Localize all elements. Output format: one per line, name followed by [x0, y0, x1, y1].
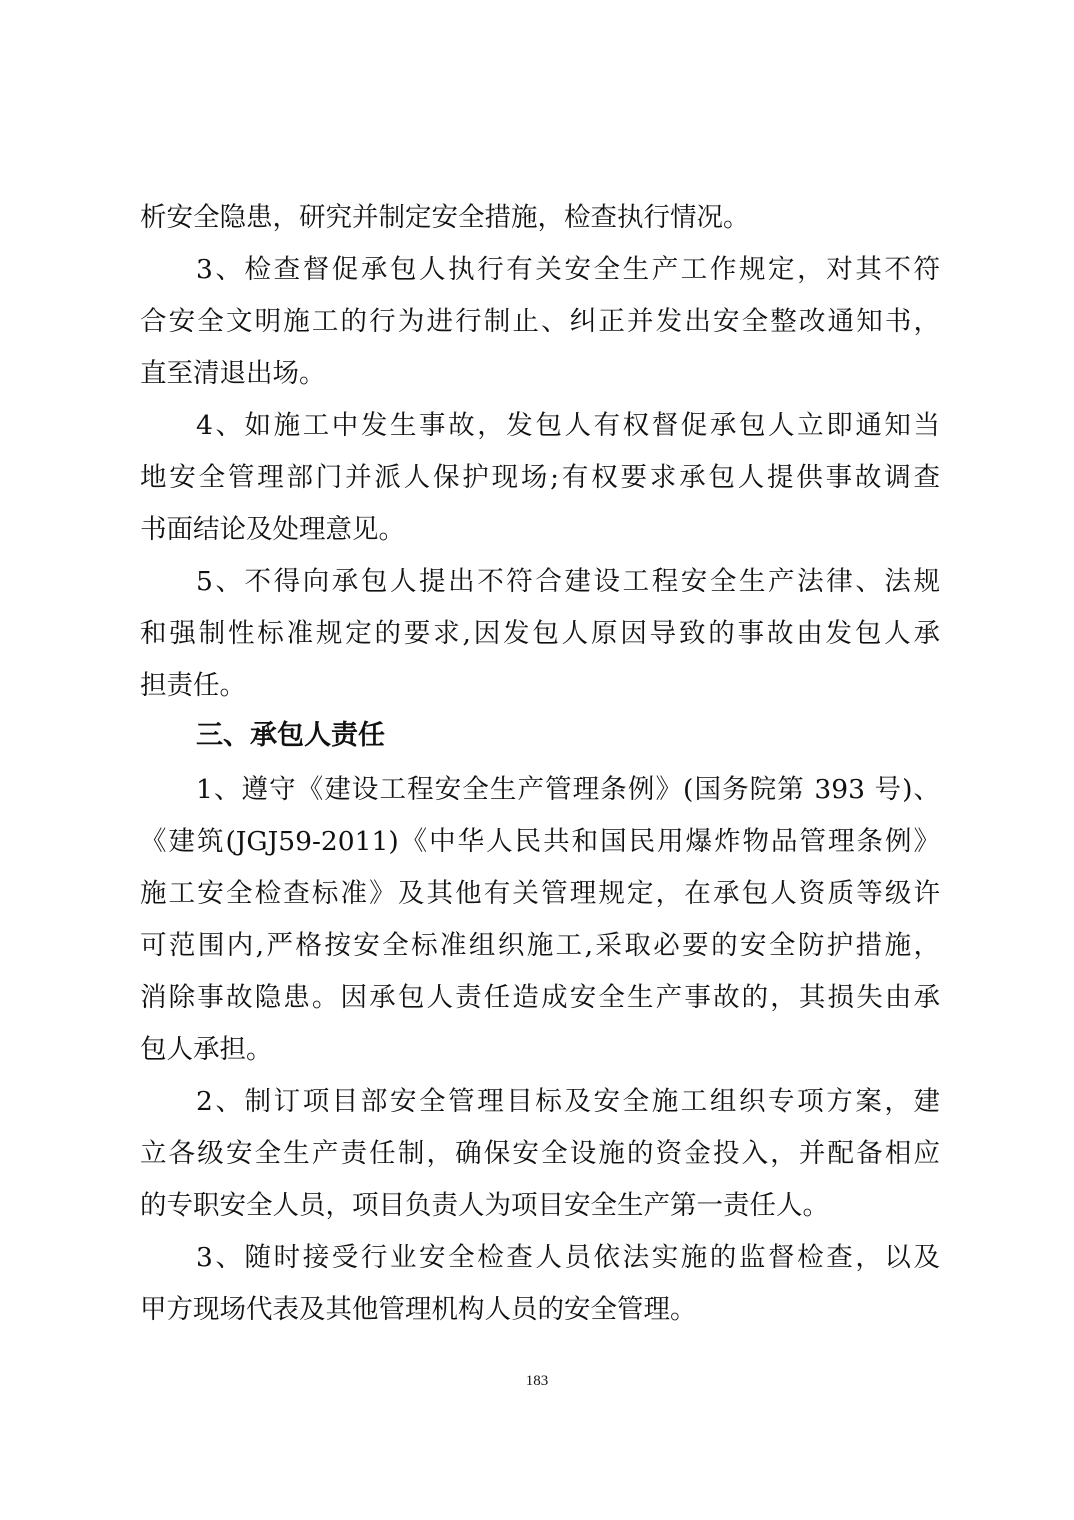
paragraph-line: 3、随时接受行业安全检查人员依法实施的监督检查，以及 — [196, 1242, 940, 1274]
paragraph-line: 立各级安全生产责任制，确保安全设施的资金投入，并配备相应 — [140, 1138, 940, 1170]
page-number: 183 — [0, 1372, 1074, 1390]
paragraph-line: 1、遵守《建设工程安全生产管理条例》(国务院第 393 号)、 — [196, 774, 940, 806]
paragraph-line: 可范围内,严格按安全标准组织施工,采取必要的安全防护措施， — [140, 930, 940, 962]
paragraph-line: 的专职安全人员，项目负责人为项目安全生产第一责任人。 — [140, 1190, 940, 1222]
paragraph-line: 甲方现场代表及其他管理机构人员的安全管理。 — [140, 1294, 940, 1326]
document-page: 析安全隐患，研究并制定安全措施，检查执行情况。 3、检查督促承包人执行有关安全生… — [0, 0, 1074, 1520]
section-heading: 三、承包人责任 — [196, 720, 385, 752]
paragraph-line: 直至清退出场。 — [140, 358, 940, 390]
paragraph-line: 2、制订项目部安全管理目标及安全施工组织专项方案，建 — [196, 1086, 940, 1118]
paragraph-line: 和强制性标准规定的要求,因发包人原因导致的事故由发包人承 — [140, 618, 940, 650]
paragraph-line: 包人承担。 — [140, 1034, 940, 1066]
paragraph-line: 施工安全检查标准》及其他有关管理规定，在承包人资质等级许 — [140, 878, 940, 910]
paragraph-line: 书面结论及处理意见。 — [140, 514, 940, 546]
paragraph-line: 地安全管理部门并派人保护现场;有权要求承包人提供事故调查 — [140, 462, 940, 494]
paragraph-line: 合安全文明施工的行为进行制止、纠正并发出安全整改通知书， — [140, 306, 940, 338]
paragraph-line: 担责任。 — [140, 670, 940, 702]
paragraph-line: 5、不得向承包人提出不符合建设工程安全生产法律、法规 — [196, 566, 940, 598]
paragraph-line: 4、如施工中发生事故，发包人有权督促承包人立即通知当 — [196, 410, 940, 442]
paragraph-line: 消除事故隐患。因承包人责任造成安全生产事故的，其损失由承 — [140, 982, 940, 1014]
paragraph-line: 《建筑(JGJ59-2011)《中华人民共和国民用爆炸物品管理条例》 — [140, 826, 940, 858]
paragraph-line: 3、检查督促承包人执行有关安全生产工作规定，对其不符 — [196, 254, 940, 286]
paragraph-line: 析安全隐患，研究并制定安全措施，检查执行情况。 — [140, 202, 940, 234]
